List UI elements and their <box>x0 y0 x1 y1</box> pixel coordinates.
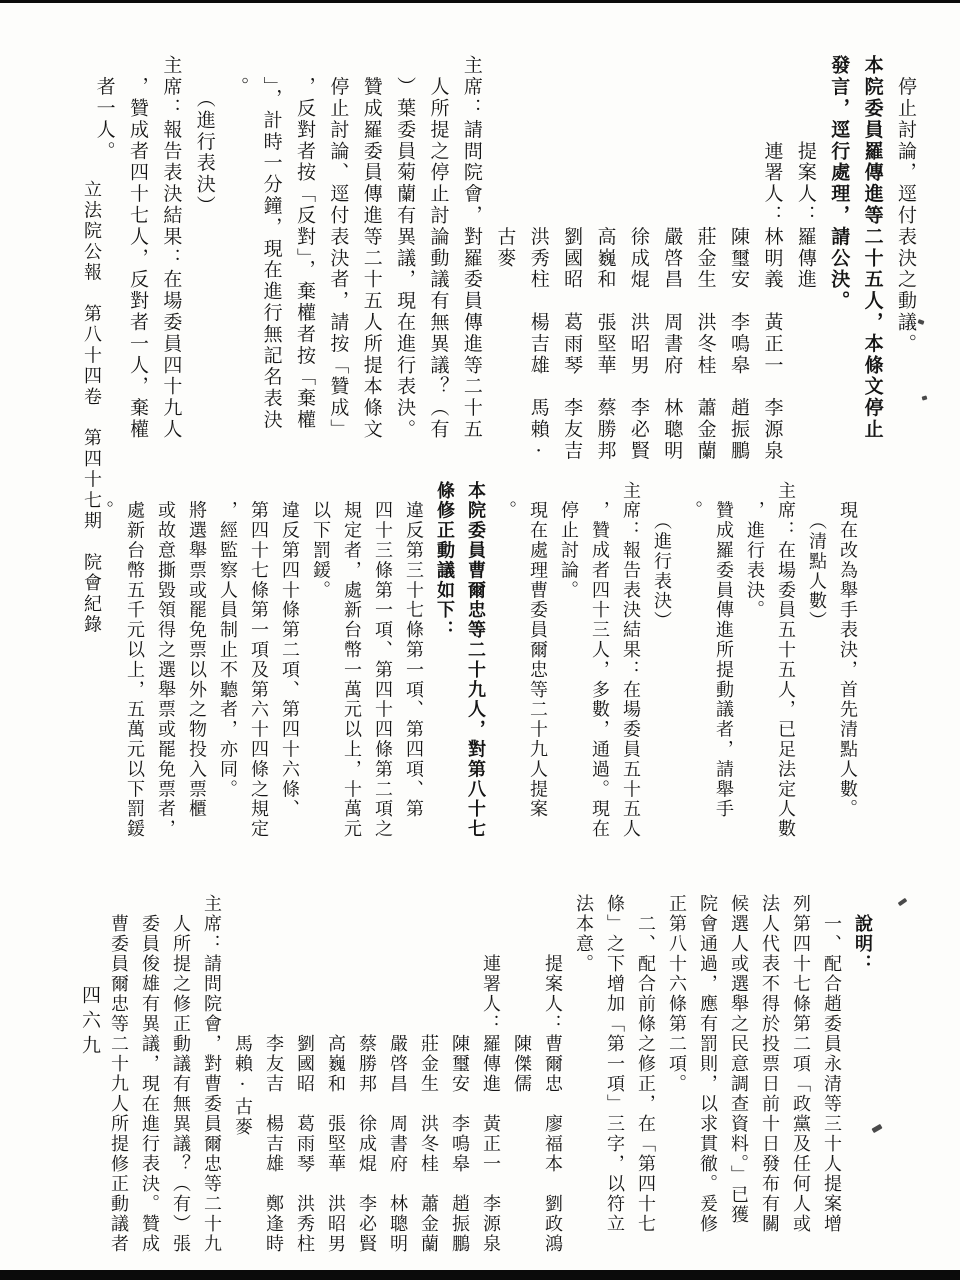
text-column: ，反對者按「反對」，棄權者按「棄權 <box>286 55 319 475</box>
scan-edge-top <box>0 0 960 3</box>
text-column: 馬賴·古麥 <box>224 894 255 1280</box>
text-column: ，經監察人員制止不聽者，亦同。 <box>209 481 240 861</box>
text-column: （進行表決） <box>185 55 218 475</box>
text-column: 本院委員曹爾忠等二十九人，對第八十七 <box>457 481 488 861</box>
text-column: 曹委員爾忠等二十九人所提修正動議者 <box>100 894 131 1280</box>
text-column: 徐成焜 洪昭男 李必賢 <box>619 55 652 475</box>
text-column: 停止討論。 <box>550 481 581 861</box>
text-column: 主席：在場委員五十五人，已足法定人數 <box>767 481 798 861</box>
text-column: 。 <box>85 481 116 861</box>
text-column: 條修正動議如下： <box>426 481 457 861</box>
text-column: 。 <box>488 481 519 861</box>
text-column: 。 <box>674 481 705 861</box>
text-column: 院會通過，應有罰則，以求貫徹。爰修 <box>689 894 720 1280</box>
text-column: 陳傑儒 <box>503 894 534 1280</box>
text-column: 違反第四十條第二項、第四十六條、 <box>271 481 302 861</box>
text-column: 一、配合趙委員永清等三十人提案增 <box>813 894 844 1280</box>
text-column: 陳璽安 李鳴皋 趙振鵬 <box>441 894 472 1280</box>
text-column: 者一人。 <box>85 55 118 475</box>
text-column: 莊金生 洪冬桂 蕭金蘭 <box>410 894 441 1280</box>
text-column: 法人代表不得於投票日前十日發布有關 <box>751 894 782 1280</box>
text-column: 現在改為舉手表決，首先清點人數。 <box>829 481 860 861</box>
text-column: 劉國昭 葛雨琴 洪秀柱 <box>286 894 317 1280</box>
text-column: 列第四十七條第二項「政黨及任何人或 <box>782 894 813 1280</box>
text-column: 主席：報告表決結果：在場委員五十五人 <box>612 481 643 861</box>
text-column: 提案人：羅傳進 <box>786 55 819 475</box>
text-column: 以下罰鍰。 <box>302 481 333 861</box>
text-column: 將選舉票或罷免票以外之物投入票櫃 <box>178 481 209 861</box>
text-column: 主席：請問院會，對羅委員傳進等二十五 <box>453 55 486 475</box>
text-column: 人所提之停止討論動議有無異議？（有 <box>419 55 452 475</box>
text-column: 人所提之修正動議有無異議？（有）張 <box>162 894 193 1280</box>
text-column: 高巍和 張堅華 洪昭男 <box>317 894 348 1280</box>
text-column: 古麥 <box>486 55 519 475</box>
text-band-bottom: 說明： 一、配合趙委員永清等三十人提案增列第四十七條第二項「政黨及任何人或法人代… <box>100 894 875 1280</box>
text-column: 停止討論、逕付表決者，請按「贊成」 <box>319 55 352 475</box>
text-column: 嚴啓昌 周書府 林聰明 <box>379 894 410 1280</box>
text-column: ，贊成者四十三人，多數，通過。現在 <box>581 481 612 861</box>
text-column: 主席：報告表決結果：在場委員四十九人 <box>152 55 185 475</box>
text-column: （清點人數） <box>798 481 829 861</box>
text-column: 贊成羅委員傳進等二十五人所提本條文 <box>352 55 385 475</box>
text-column: 第四十七條第一項及第六十四條之規定 <box>240 481 271 861</box>
text-column: ，贊成者四十七人，反對者一人，棄權 <box>119 55 152 475</box>
text-column: 洪秀柱 楊吉雄 馬賴· <box>519 55 552 475</box>
text-column: 或故意撕毀領得之選舉票或罷免票者， <box>147 481 178 861</box>
text-column: 主席：請問院會，對曹委員爾忠等二十九 <box>193 894 224 1280</box>
text-column: 李友吉 楊吉雄 鄭逢時 <box>255 894 286 1280</box>
text-column: 說明： <box>844 894 875 1280</box>
text-column: 法本意。 <box>565 894 596 1280</box>
text-band-top: 停止討論，逕付表決之動議。本院委員羅傳進等二十五人，本條文停止發言，逕行處理，請… <box>85 55 920 475</box>
text-column: 連署人：林明義 黃正一 李源泉 <box>753 55 786 475</box>
text-column: 劉國昭 葛雨琴 李友吉 <box>553 55 586 475</box>
text-column: 違反第三十七條第一項、第四項、第 <box>395 481 426 861</box>
scan-speck <box>922 395 928 400</box>
text-column: 正第八十六條第二項。 <box>658 894 689 1280</box>
scan-speck <box>898 898 908 906</box>
text-column: ，進行表決。 <box>736 481 767 861</box>
text-column: ）葉委員菊蘭有異議，現在進行表決。 <box>386 55 419 475</box>
text-column: （進行表決） <box>643 481 674 861</box>
text-column: 提案人：曹爾忠 廖福本 劉政鴻 <box>534 894 565 1280</box>
text-column: 條」之下增加「第一項」三字，以符立 <box>596 894 627 1280</box>
text-column: 規定者，處新台幣一萬元以上，十萬元 <box>333 481 364 861</box>
text-column: 現在處理曹委員爾忠等二十九人提案 <box>519 481 550 861</box>
text-column: 高巍和 張堅華 蔡勝邦 <box>586 55 619 475</box>
text-column: 四十三條第一項、第四十四條第二項之 <box>364 481 395 861</box>
text-column: 停止討論，逕付表決之動議。 <box>887 55 920 475</box>
text-column: 處新台幣五千元以上，五萬元以下罰鍰 <box>116 481 147 861</box>
text-column: 陳璽安 李鳴皋 趙振鵬 <box>720 55 753 475</box>
text-column: 候選人或選舉之民意調查資料。」已獲 <box>720 894 751 1280</box>
text-column: 贊成羅委員傳進所提動議者，請舉手 <box>705 481 736 861</box>
text-column: 委員俊雄有異議，現在進行表決。贊成 <box>131 894 162 1280</box>
text-column: 嚴啓昌 周書府 林聰明 <box>653 55 686 475</box>
text-column: 發言，逕行處理，請公決。 <box>820 55 853 475</box>
text-column: 二、配合前條之修正，在「第四十七 <box>627 894 658 1280</box>
text-column: 連署人：羅傳進 黃正一 李源泉 <box>472 894 503 1280</box>
text-column: 」，計時一分鐘，現在進行無記名表決 <box>252 55 285 475</box>
text-column: 蔡勝邦 徐成焜 李必賢 <box>348 894 379 1280</box>
gazette-page: 立法院公報 第八十四卷 第四十七期 院會紀錄 四六九 停止討論，逕付表決之動議。… <box>0 0 960 1280</box>
text-band-middle: 現在改為舉手表決，首先清點人數。 （清點人數）主席：在場委員五十五人，已足法定人… <box>85 481 860 861</box>
text-column: 。 <box>219 55 252 475</box>
text-column: 本院委員羅傳進等二十五人，本條文停止 <box>853 55 886 475</box>
text-column: 莊金生 洪冬桂 蕭金蘭 <box>686 55 719 475</box>
